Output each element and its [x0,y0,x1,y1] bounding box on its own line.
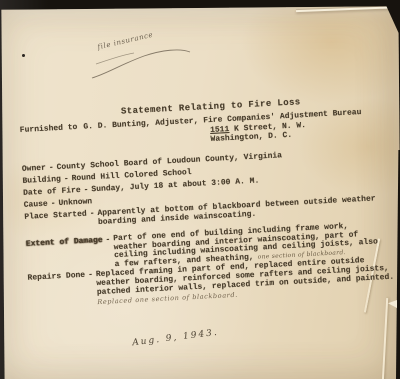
furnished-label: Furnished to [20,123,78,135]
field-value: Unknown [58,197,92,208]
field-label: Cause [24,200,48,210]
dash-separator: - [48,199,59,209]
field-label: Repairs Done [27,271,85,283]
typed-statement: Statement Relating to Fire Loss Furnishe… [18,76,397,311]
field-label: Date of Fire [23,186,81,198]
field-label: Owner [22,164,46,174]
field-label: Place Started [24,210,87,222]
photo-frame: file insurance Statement Relating to Fir… [0,0,400,379]
dash-separator: - [102,235,113,245]
ink-speck [22,54,25,57]
dash-separator: - [46,163,57,173]
dash-separator: - [87,209,98,219]
field-label: Extent of Damage [26,236,103,249]
dash-separator: - [61,174,72,184]
field-label: Building [22,175,61,186]
